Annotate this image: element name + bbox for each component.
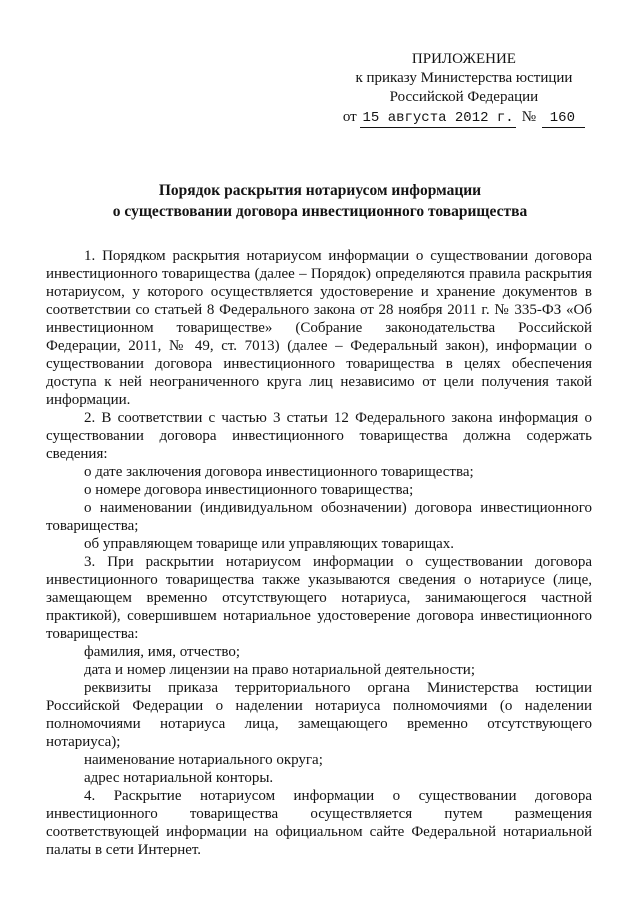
- body-paragraph: об управляющем товарище или управляющих …: [46, 535, 592, 553]
- body-paragraph: 2. В соответствии с частью 3 статьи 12 Ф…: [46, 409, 592, 463]
- body-paragraph: 4. Раскрытие нотариусом информации о сущ…: [46, 787, 592, 859]
- order-reference-line1: к приказу Министерства юстиции: [343, 69, 585, 88]
- number-sign: №: [516, 109, 538, 125]
- appendix-label: ПРИЛОЖЕНИЕ: [343, 50, 585, 69]
- order-reference-line2: Российской Федерации: [343, 88, 585, 107]
- body-paragraph: дата и номер лицензии на право нотариаль…: [46, 661, 592, 679]
- order-date-value: 15 августа 2012 г.: [360, 110, 515, 128]
- order-number-value: 160: [542, 110, 585, 128]
- body-paragraph: о номере договора инвестиционного товари…: [46, 481, 592, 499]
- body-paragraph: о дате заключения договора инвестиционно…: [46, 463, 592, 481]
- document-title-line2: о существовании договора инвестиционного…: [30, 201, 610, 222]
- body-paragraph: 3. При раскрытии нотариусом информации о…: [46, 553, 592, 643]
- document-page: ПРИЛОЖЕНИЕ к приказу Министерства юстици…: [0, 0, 640, 905]
- body-paragraph: фамилия, имя, отчество;: [46, 643, 592, 661]
- body-paragraph: о наименовании (индивидуальном обозначен…: [46, 499, 592, 535]
- document-title-line1: Порядок раскрытия нотариусом информации: [30, 180, 610, 201]
- body-paragraph: 1. Порядком раскрытия нотариусом информа…: [46, 247, 592, 409]
- order-date-line: от 15 августа 2012 г.№ 160: [343, 108, 585, 128]
- body-paragraph: адрес нотариальной конторы.: [46, 769, 592, 787]
- body-paragraph: реквизиты приказа территориального орган…: [46, 679, 592, 751]
- appendix-header: ПРИЛОЖЕНИЕ к приказу Министерства юстици…: [343, 50, 585, 128]
- body-paragraph: наименование нотариального округа;: [46, 751, 592, 769]
- date-prefix: от: [343, 109, 357, 125]
- document-body: 1. Порядком раскрытия нотариусом информа…: [46, 247, 592, 859]
- document-title: Порядок раскрытия нотариусом информации …: [30, 180, 610, 222]
